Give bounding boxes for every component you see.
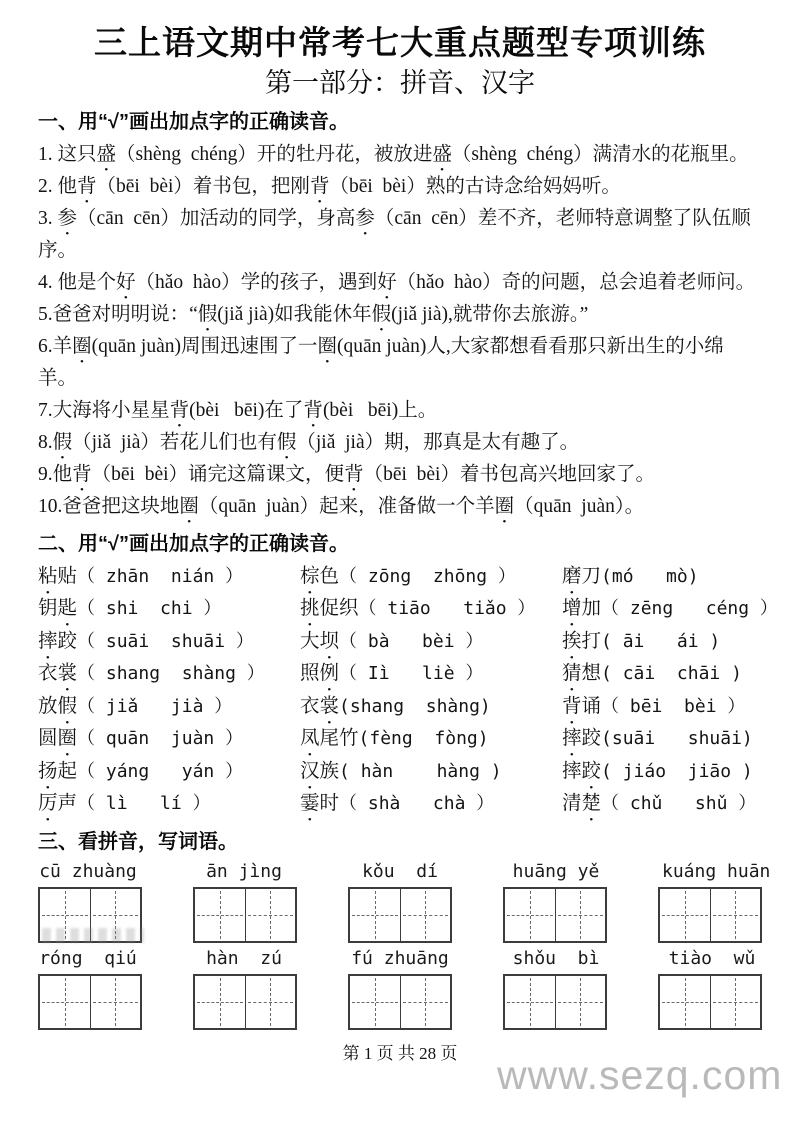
word-entry: 大坝（ bà bèi ）	[300, 626, 562, 659]
entry-pinyin: (suāi shuāi)	[601, 728, 753, 749]
entry-word: 大坝	[300, 631, 339, 652]
writing-cell	[195, 976, 246, 1028]
writing-cell	[246, 889, 296, 941]
writing-grid	[348, 974, 452, 1030]
writing-cell	[195, 889, 246, 941]
entry-pinyin: （ jiǎ jià ）	[77, 696, 232, 717]
entry-word: 厉声	[38, 793, 77, 814]
word-entry: 衣裳(shang shàng)	[300, 691, 562, 724]
pinyin-label: tiào wǔ	[662, 948, 762, 969]
entry-word: 粘贴	[38, 566, 77, 587]
word-entry: 扬起（ yáng yán ）	[38, 756, 300, 789]
entry-word: 清楚	[562, 793, 601, 814]
dotted-char: 增	[562, 593, 582, 626]
entry-word: 凤尾竹	[300, 728, 359, 749]
entry-pinyin: （ bà bèi ）	[339, 631, 483, 652]
dotted-char: 裳	[320, 691, 340, 724]
entry-word: 钥匙	[38, 598, 77, 619]
writing-grid	[658, 974, 762, 1030]
entry-pinyin: （ shi chi ）	[77, 598, 221, 619]
entry-pinyin: （ zōng zhōng ）	[339, 566, 516, 587]
dotted-char: 匙	[58, 593, 78, 626]
dotted-char: 摔	[562, 723, 582, 756]
writing-cell	[660, 889, 711, 941]
entry-word: 霎时	[300, 793, 339, 814]
word-entry: 钥匙（ shi chi ）	[38, 593, 300, 626]
word-entry: 摔跤(suāi shuāi)	[562, 723, 778, 756]
writing-grid	[503, 887, 607, 943]
dotted-char: 盛	[97, 139, 117, 171]
entry-pinyin: (fèng fòng)	[359, 728, 489, 749]
writing-cell	[246, 976, 296, 1028]
word-entry: 清楚（ chǔ shǔ ）	[562, 788, 778, 821]
entry-word: 背诵	[562, 696, 601, 717]
word-entry: 摔跤（ suāi shuāi ）	[38, 626, 300, 659]
pinyin-label: róng qiú	[38, 948, 138, 969]
entry-pinyin: (mó mò)	[601, 566, 699, 587]
writing-grid	[193, 887, 297, 943]
pinyin-label: kǒu dí	[350, 861, 450, 882]
dotted-char: 假	[58, 691, 78, 724]
writing-grid	[38, 887, 142, 943]
dotted-char: 挑	[300, 593, 320, 626]
word-entry: 增加（ zēng céng ）	[562, 593, 778, 626]
writing-cell	[505, 976, 556, 1028]
entry-pinyin: ( jiáo jiāo )	[601, 761, 753, 782]
writing-grid-row	[38, 974, 762, 1030]
writing-cell	[40, 976, 91, 1028]
dotted-char: 假	[53, 427, 73, 459]
dotted-char: 参	[355, 203, 375, 235]
dotted-char: 好	[116, 267, 136, 299]
entry-pinyin: （ lì lí ）	[77, 793, 211, 814]
entry-word: 圆圈	[38, 728, 77, 749]
dotted-char: 圈	[72, 331, 92, 363]
writing-grid	[503, 974, 607, 1030]
entry-pinyin: （ tiāo tiǎo ）	[359, 598, 536, 619]
question-item-3: 3. 参（cān cēn）加活动的同学，身高参（cān cēn）差不齐，老师特意…	[38, 203, 762, 267]
question-item-1: 1. 这只盛（shèng chéng）开的牡丹花，被放进盛（shèng chén…	[38, 139, 762, 171]
dotted-char: 凤	[300, 723, 320, 756]
dotted-char: 圈	[58, 723, 78, 756]
word-entry: 衣裳（ shang shàng ）	[38, 658, 300, 691]
dotted-char: 假	[277, 427, 297, 459]
dotted-char: 扬	[38, 756, 58, 789]
dotted-char: 汉	[300, 756, 320, 789]
question-item-6: 6.羊圈(quān juàn)周围迅速围了一圈(quān juàn)人,大家都想…	[38, 331, 762, 395]
dotted-char: 盛	[432, 139, 452, 171]
entry-word: 衣裳	[38, 663, 77, 684]
word-entry: 汉族( hàn hàng )	[300, 756, 562, 789]
writing-grid	[193, 974, 297, 1030]
writing-cell	[711, 889, 761, 941]
pinyin-label: cū zhuàng	[38, 861, 138, 882]
entry-pinyin: ( hàn hàng )	[339, 761, 502, 782]
section3-heading: 三、看拼音，写词语。	[38, 828, 762, 856]
word-entry: 圆圈（ quān juàn ）	[38, 723, 300, 756]
pinyin-label: kuáng huān	[662, 861, 762, 882]
pinyin-label: fú zhuāng	[350, 948, 450, 969]
question-item-2: 2. 他背（bēi bèi）着书包，把刚背（bēi bèi）熟的古诗念给妈妈听。	[38, 171, 762, 203]
dotted-char: 跤	[582, 756, 602, 789]
entry-pinyin: （ zēng céng ）	[601, 598, 778, 619]
writing-cell	[350, 889, 401, 941]
dotted-char: 背	[170, 395, 190, 427]
word-entry: 棕色（ zōng zhōng ）	[300, 561, 562, 594]
entry-pinyin: (shang shàng)	[339, 696, 491, 717]
entry-pinyin: （ zhān nián ）	[77, 566, 243, 587]
pinyin-label: hàn zú	[194, 948, 294, 969]
pinyin-label-row: róng qiúhàn zúfú zhuāngshǒu bìtiào wǔ	[38, 948, 762, 969]
word-entry: 背诵（ bēi bèi ）	[562, 691, 778, 724]
dotted-char: 背	[344, 459, 364, 491]
dotted-char: 假	[198, 299, 218, 331]
entry-pinyin: （ quān juàn ）	[77, 728, 243, 749]
question-item-5: 5.爸爸对明明说：“假(jiǎ jià)如我能休年假(jiǎ jià),就带你去…	[38, 299, 762, 331]
entry-pinyin: （ chǔ shǔ ）	[601, 793, 756, 814]
writing-cell	[401, 976, 451, 1028]
entry-word: 增加	[562, 598, 601, 619]
pinyin-label-row: cū zhuàngān jìngkǒu díhuāng yěkuáng huān	[38, 861, 762, 882]
dotted-char: 磨	[562, 561, 582, 594]
pinyin-label: huāng yě	[506, 861, 606, 882]
entry-word: 摔跤	[562, 728, 601, 749]
writing-cell	[556, 889, 606, 941]
word-entry: 照例（ Iì liè ）	[300, 658, 562, 691]
dotted-char: 圈	[495, 491, 515, 523]
writing-cell	[350, 976, 401, 1028]
dotted-char: 背	[310, 171, 330, 203]
dotted-char: 圈	[179, 491, 199, 523]
dotted-char: 背	[303, 395, 323, 427]
dotted-char: 参	[58, 203, 78, 235]
entry-pinyin: （ yáng yán ）	[77, 761, 243, 782]
writing-grid	[348, 887, 452, 943]
pinyin-label: ān jìng	[194, 861, 294, 882]
writing-cell	[556, 976, 606, 1028]
dotted-char: 好	[377, 267, 397, 299]
dotted-char: 背	[72, 459, 92, 491]
pinyin-label: shǒu bì	[506, 948, 606, 969]
part-title: 第一部分：拼音、汉字	[38, 67, 762, 101]
question-item-9: 9.他背（bēi bèi）诵完这篇课文，便背（bēi bèi）着书包高兴地回家了…	[38, 459, 762, 491]
entry-pinyin: （ shang shàng ）	[77, 663, 265, 684]
word-entry: 磨刀(mó mò)	[562, 561, 778, 594]
dotted-char: 厉	[38, 788, 58, 821]
entry-word: 扬起	[38, 761, 77, 782]
dotted-char: 楚	[582, 788, 602, 821]
dotted-char: 坝	[320, 626, 340, 659]
word-entry: 霎时（ shà chà ）	[300, 788, 562, 821]
entry-word: 摔跤	[562, 761, 601, 782]
dotted-char: 猜	[562, 658, 582, 691]
dotted-char: 例	[320, 658, 340, 691]
word-entry: 放假（ jiǎ jià ）	[38, 691, 300, 724]
worksheet-page: 三上语文期中常考七大重点题型专项训练 第一部分：拼音、汉字 一、用“√”画出加点…	[0, 0, 800, 1131]
word-entry: 摔跤( jiáo jiāo )	[562, 756, 778, 789]
dotted-char: 挨	[562, 626, 582, 659]
section1-items: 1. 这只盛（shèng chéng）开的牡丹花，被放进盛（shèng chén…	[38, 139, 762, 523]
writing-cell	[40, 889, 91, 941]
writing-cell	[660, 976, 711, 1028]
entry-word: 衣裳	[300, 696, 339, 717]
question-item-4: 4. 他是个好（hǎo hào）学的孩子，遇到好（hǎo hào）奇的问题，总会…	[38, 267, 762, 299]
section3-writing-area: cū zhuàngān jìngkǒu díhuāng yěkuáng huān…	[38, 861, 762, 1030]
entry-word: 棕色	[300, 566, 339, 587]
word-entry: 挑促织（ tiāo tiǎo ）	[300, 593, 562, 626]
entry-pinyin: （ suāi shuāi ）	[77, 631, 254, 652]
writing-cell	[401, 889, 451, 941]
writing-grid-row	[38, 887, 762, 943]
entry-pinyin: ( cāi chāi )	[601, 663, 742, 684]
entry-pinyin: （ Iì liè ）	[339, 663, 483, 684]
dotted-char: 假	[372, 299, 392, 331]
dotted-char: 粘	[38, 561, 58, 594]
writing-cell	[91, 889, 141, 941]
section1-heading: 一、用“√”画出加点字的正确读音。	[38, 108, 762, 136]
entry-word: 摔跤	[38, 631, 77, 652]
dotted-char: 棕	[300, 561, 320, 594]
word-entry: 猜想( cāi chāi )	[562, 658, 778, 691]
dotted-char: 背	[77, 171, 97, 203]
question-item-7: 7.大海将小星星背(bèi bēi)在了背(bèi bēi)上。	[38, 395, 762, 427]
writing-grid	[38, 974, 142, 1030]
entry-word: 猜想	[562, 663, 601, 684]
question-item-10: 10.爸爸把这块地圈（quān juàn）起来，准备做一个羊圈（quān juà…	[38, 491, 762, 523]
entry-pinyin: ( āi ái )	[601, 631, 720, 652]
page-number: 第 1 页 共 28 页	[38, 1039, 762, 1064]
word-entry: 厉声（ lì lí ）	[38, 788, 300, 821]
entry-word: 挨打	[562, 631, 601, 652]
section2-heading: 二、用“√”画出加点字的正确读音。	[38, 530, 762, 558]
writing-cell	[711, 976, 761, 1028]
document-title: 三上语文期中常考七大重点题型专项训练	[38, 22, 762, 65]
section2-word-grid: 粘贴（ zhān nián ）棕色（ zōng zhōng ）磨刀(mó mò)…	[38, 561, 762, 821]
question-item-8: 8.假（jiǎ jià）若花儿们也有假（jiǎ jià）期，那真是太有趣了。	[38, 427, 762, 459]
dotted-char: 摔	[38, 626, 58, 659]
word-entry: 凤尾竹(fèng fòng)	[300, 723, 562, 756]
word-entry: 挨打( āi ái )	[562, 626, 778, 659]
entry-pinyin: （ shà chà ）	[339, 793, 494, 814]
writing-grid	[658, 887, 762, 943]
entry-word: 照例	[300, 663, 339, 684]
dotted-char: 圈	[318, 331, 338, 363]
dotted-char: 背	[562, 691, 582, 724]
word-entry: 粘贴（ zhān nián ）	[38, 561, 300, 594]
entry-word: 挑促织	[300, 598, 359, 619]
writing-cell	[505, 889, 556, 941]
entry-word: 放假	[38, 696, 77, 717]
entry-word: 汉族	[300, 761, 339, 782]
dotted-char: 裳	[58, 658, 78, 691]
entry-pinyin: （ bēi bèi ）	[601, 696, 745, 717]
writing-cell	[91, 976, 141, 1028]
entry-word: 磨刀	[562, 566, 601, 587]
dotted-char: 霎	[300, 788, 320, 821]
